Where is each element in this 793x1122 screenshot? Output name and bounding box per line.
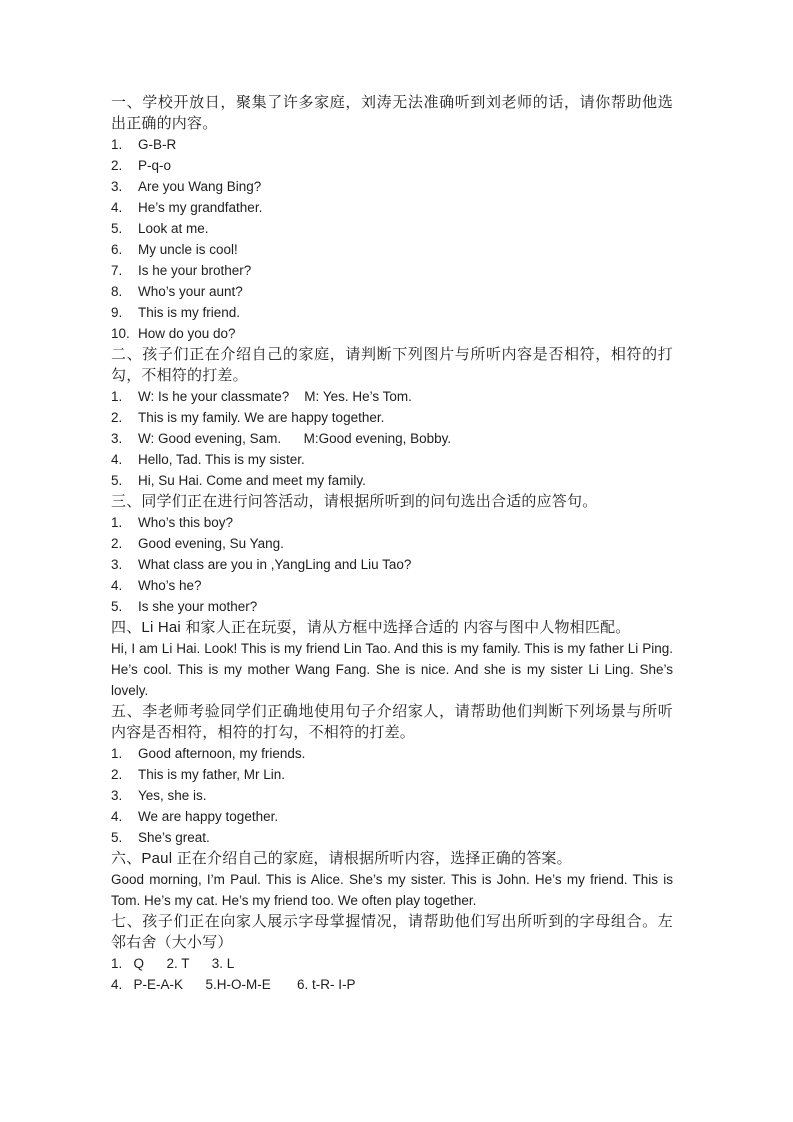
item-number: 4. [111, 197, 138, 218]
item-text: W: Is he your classmate? M: Yes. He’s To… [138, 386, 412, 407]
item-number: 8. [111, 281, 138, 302]
item-text: My uncle is cool! [138, 239, 238, 260]
letters-row: 4. P-E-A-K 5.H-O-M-E 6. t-R- I-P [111, 974, 673, 995]
letters-row: 1. Q 2. T 3. L [111, 953, 673, 974]
item-text: Hi, Su Hai. Come and meet my family. [138, 470, 366, 491]
item-text: She’s great. [138, 827, 210, 848]
list-item: 2.This is my family. We are happy togeth… [111, 407, 673, 428]
item-text: Yes, she is. [138, 785, 207, 806]
item-text: Hello, Tad. This is my sister. [138, 449, 305, 470]
list-item: 2.This is my father, Mr Lin. [111, 764, 673, 785]
item-number: 4. [111, 575, 138, 596]
list-item: 3.W: Good evening, Sam. M:Good evening, … [111, 428, 673, 449]
item-number: 2. [111, 533, 138, 554]
item-text: Look at me. [138, 218, 209, 239]
item-number: 2. [111, 155, 138, 176]
section-5-heading: 五、李老师考验同学们正确地使用句子介绍家人，请帮助他们判断下列场景与所听内容是否… [111, 701, 673, 743]
item-number: 1. [111, 386, 138, 407]
list-item: 1.W: Is he your classmate? M: Yes. He’s … [111, 386, 673, 407]
item-number: 1. [111, 743, 138, 764]
item-text: P-q-o [138, 155, 171, 176]
item-text: Good evening, Su Yang. [138, 533, 284, 554]
item-text: He’s my grandfather. [138, 197, 262, 218]
item-text: This is my family. We are happy together… [138, 407, 384, 428]
item-number: 9. [111, 302, 138, 323]
section-3-heading: 三、同学们正在进行问答活动，请根据所听到的问句选出合适的应答句。 [111, 491, 673, 512]
item-text: G-B-R [138, 134, 176, 155]
item-number: 4. [111, 449, 138, 470]
section-4-heading: 四、Li Hai 和家人正在玩耍，请从方框中选择合适的 内容与图中人物相匹配。 [111, 617, 673, 638]
list-item: 3.Are you Wang Bing? [111, 176, 673, 197]
list-item: 10.How do you do? [111, 323, 673, 344]
item-number: 3. [111, 176, 138, 197]
worksheet-content: 一、学校开放日，聚集了许多家庭，刘涛无法准确听到刘老师的话，请你帮助他选出正确的… [111, 92, 673, 995]
item-number: 1. [111, 512, 138, 533]
item-number: 5. [111, 470, 138, 491]
list-item: 3.Yes, she is. [111, 785, 673, 806]
item-number: 5. [111, 827, 138, 848]
item-text: Are you Wang Bing? [138, 176, 261, 197]
item-number: 1. [111, 134, 138, 155]
list-item: 1.Good afternoon, my friends. [111, 743, 673, 764]
section-2-heading: 二、孩子们正在介绍自己的家庭，请判断下列图片与所听内容是否相符，相符的打勾，不相… [111, 344, 673, 386]
item-number: 5. [111, 218, 138, 239]
list-item: 7.Is he your brother? [111, 260, 673, 281]
item-number: 10. [111, 323, 138, 344]
list-item: 4.Who’s he? [111, 575, 673, 596]
list-item: 2.P-q-o [111, 155, 673, 176]
item-number: 2. [111, 764, 138, 785]
item-text: This is my friend. [138, 302, 240, 323]
worksheet-page: 一、学校开放日，聚集了许多家庭，刘涛无法准确听到刘老师的话，请你帮助他选出正确的… [0, 0, 793, 1122]
list-item: 9.This is my friend. [111, 302, 673, 323]
list-item: 5.Is she your mother? [111, 596, 673, 617]
section-6-heading: 六、Paul 正在介绍自己的家庭，请根据所听内容，选择正确的答案。 [111, 848, 673, 869]
item-number: 4. [111, 806, 138, 827]
item-text: How do you do? [138, 323, 236, 344]
list-item: 8.Who’s your aunt? [111, 281, 673, 302]
section-1-heading: 一、学校开放日，聚集了许多家庭，刘涛无法准确听到刘老师的话，请你帮助他选出正确的… [111, 92, 673, 134]
item-text: Who’s this boy? [138, 512, 233, 533]
item-text: We are happy together. [138, 806, 278, 827]
item-number: 3. [111, 785, 138, 806]
section-7-heading: 七、孩子们正在向家人展示字母掌握情况，请帮助他们写出所听到的字母组合。左邻右舍（… [111, 911, 673, 953]
list-item: 4.We are happy together. [111, 806, 673, 827]
item-number: 3. [111, 428, 138, 449]
item-text: Who’s he? [138, 575, 202, 596]
item-text: This is my father, Mr Lin. [138, 764, 285, 785]
item-number: 2. [111, 407, 138, 428]
item-text: Is he your brother? [138, 260, 251, 281]
list-item: 5.She’s great. [111, 827, 673, 848]
item-number: 5. [111, 596, 138, 617]
list-item: 5.Look at me. [111, 218, 673, 239]
item-text: Who’s your aunt? [138, 281, 243, 302]
list-item: 5.Hi, Su Hai. Come and meet my family. [111, 470, 673, 491]
list-item: 3.What class are you in ,YangLing and Li… [111, 554, 673, 575]
list-item: 4.Hello, Tad. This is my sister. [111, 449, 673, 470]
item-text: Good afternoon, my friends. [138, 743, 305, 764]
list-item: 4.He’s my grandfather. [111, 197, 673, 218]
item-text: What class are you in ,YangLing and Liu … [138, 554, 411, 575]
item-number: 3. [111, 554, 138, 575]
section-4-paragraph: Hi, I am Li Hai. Look! This is my friend… [111, 638, 673, 701]
item-number: 6. [111, 239, 138, 260]
item-text: W: Good evening, Sam. M:Good evening, Bo… [138, 428, 451, 449]
list-item: 1.G-B-R [111, 134, 673, 155]
list-item: 2.Good evening, Su Yang. [111, 533, 673, 554]
item-text: Is she your mother? [138, 596, 257, 617]
item-number: 7. [111, 260, 138, 281]
list-item: 6.My uncle is cool! [111, 239, 673, 260]
section-6-paragraph: Good morning, I’m Paul. This is Alice. S… [111, 869, 673, 911]
list-item: 1.Who’s this boy? [111, 512, 673, 533]
